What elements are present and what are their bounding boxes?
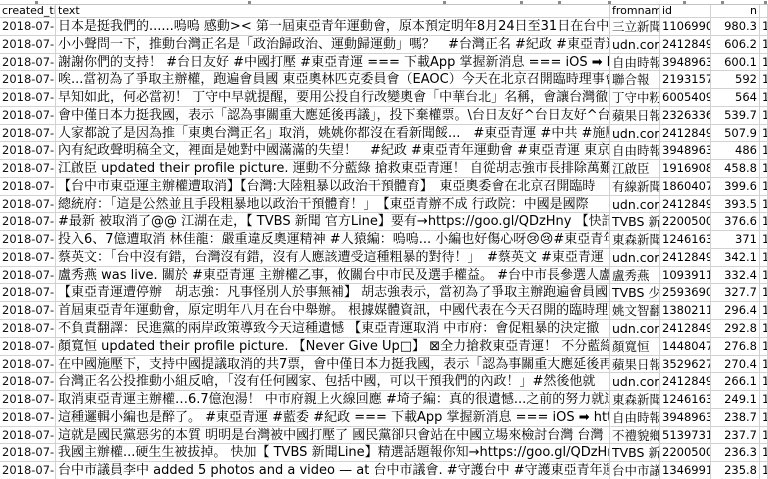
cell-id[interactable]: 124616330 (660, 231, 711, 248)
cell-extra[interactable]: 1 (760, 36, 768, 53)
cell-n[interactable]: 238.7 (711, 409, 760, 426)
cell-n[interactable]: 292.8 (711, 320, 760, 337)
cell-extra[interactable]: 1 (760, 409, 768, 426)
cell-created_time[interactable]: 2018-07-2 (0, 373, 56, 390)
cell-id[interactable]: 394896373 (660, 54, 711, 71)
column-header-extra[interactable] (760, 5, 768, 17)
cell-fromname[interactable]: 蘋果日報 (610, 107, 660, 124)
cell-text[interactable]: 早知如此，何必當初！ 丁守中早就提醒，要用公投自行改變奧會「中華台北」名稱，會讓… (56, 89, 610, 106)
cell-created_time[interactable]: 2018-07-2 (0, 409, 56, 426)
cell-text[interactable]: 小小聲問一下，推動台灣正名是「政治歸政治、運動歸運動」嗎？ #台灣正名 #紀政 … (56, 36, 610, 53)
cell-fromname[interactable]: TVBS 少 (610, 284, 660, 301)
table-row: 2018-07-2在中國施壓下，支持中國提議取消的共7票，會中僅日本力挺我國，表… (0, 356, 768, 374)
table-row: 2018-07-2內有紀政聲明稿全文，裡面是她對中國滿滿的失望！ #紀政 #東亞… (0, 142, 768, 160)
cell-n[interactable]: 327.7 (711, 284, 760, 301)
cell-fromname[interactable]: 丁守中粉 (610, 89, 660, 106)
cell-id[interactable]: 232633627 (660, 107, 711, 124)
cell-created_time[interactable]: 2018-07-2 (0, 18, 56, 35)
cell-fromname[interactable]: 東森新聞 (610, 231, 660, 248)
table-row: 2018-07-2我國主辦權...硬生生被拔掉。 快加【 TVBS 新聞Line… (0, 444, 768, 462)
cell-text[interactable]: 盧秀燕 was live. 關於 #東亞青運 主辦權乙事，攸關台中市民及選手權益… (56, 267, 610, 284)
cell-fromname[interactable]: udn.com 聯 (610, 196, 660, 213)
cell-fromname[interactable]: 顏寬恒 (610, 338, 660, 355)
table-row: 2018-07-2謝謝你們的支持！ #台日友好 #中國打壓 #東亞青運 === … (0, 54, 768, 72)
table-row: 2018-07-2這就是國民黨惡劣的本質 明明是台灣被中國打壓了 國民黨卻只會站… (0, 427, 768, 445)
cell-created_time[interactable]: 2018-07-2 (0, 302, 56, 319)
cell-id[interactable]: 259369087 (660, 284, 711, 301)
cell-extra[interactable]: 1 (760, 391, 768, 408)
table-row: 2018-07-2【東亞青運遭停辦 胡志強：凡事怪別人於事無補】 胡志強表示，當… (0, 284, 768, 302)
cell-extra[interactable]: 1 (760, 267, 768, 284)
cell-text[interactable]: 顏寬恒 updated their profile picture. 【Neve… (56, 338, 610, 355)
cell-fromname[interactable]: udn.com 聯 (610, 249, 660, 266)
cell-id[interactable]: 109391162 (660, 267, 711, 284)
cell-extra[interactable]: 1 (760, 160, 768, 177)
cell-text[interactable]: 總統府：「這是公然並且手段粗暴地以政治干預體育！」 【東亞青辦不成 行政院：中國… (56, 196, 610, 213)
cell-fromname[interactable]: udn.com 聯 (610, 320, 660, 337)
cell-n[interactable]: 237.7 (711, 427, 760, 444)
spreadsheet: created_tirtextfromnameidn 2018-07-2日本是挺… (0, 4, 768, 479)
cell-created_time[interactable]: 2018-07-2 (0, 71, 56, 88)
cell-n[interactable]: 539.7 (711, 107, 760, 124)
cell-id[interactable]: 394896373 (660, 409, 711, 426)
cell-n[interactable]: 276.8 (711, 338, 760, 355)
cell-fromname[interactable]: 自由時報 (610, 142, 660, 159)
cell-fromname[interactable]: TVBS 新 (610, 213, 660, 230)
cell-text[interactable]: 【東亞青運遭停辦 胡志強：凡事怪別人於事無補】 胡志強表示，當初為了爭取主辦跑遍… (56, 284, 610, 301)
cell-text[interactable]: 江啟臣 updated their profile picture. 運動不分藍… (56, 160, 610, 177)
cell-text[interactable]: 蔡英文：「台中沒有錯，台灣沒有錯，沒有人應該遭受這種粗暴的對待！」 #蔡英文 #… (56, 249, 610, 266)
cell-extra[interactable]: 1 (760, 427, 768, 444)
cell-n[interactable]: 296.4 (711, 302, 760, 319)
cell-fromname[interactable]: 姚文智翻 (610, 302, 660, 319)
cell-text[interactable]: 台中市議員李中 added 5 photos and a video — at … (56, 462, 610, 479)
cell-id[interactable]: 220050085 (660, 213, 711, 230)
table-row: 2018-07-2顏寬恒 updated their profile pictu… (0, 338, 768, 356)
cell-fromname[interactable]: 聯合報 (610, 71, 660, 88)
cell-created_time[interactable]: 2018-07-2 (0, 249, 56, 266)
cell-id[interactable]: 600540963 (660, 89, 711, 106)
cell-fromname[interactable]: TVBS 新 (610, 444, 660, 461)
table-row: 2018-07-2不負責翻譯：民進黨的兩岸政策導致今天這種遺憾 【東亞青運取消 … (0, 320, 768, 338)
cell-text[interactable]: 我國主辦權...硬生生被拔掉。 快加【 TVBS 新聞Line】精選話題報你知→… (56, 444, 610, 461)
cell-fromname[interactable]: udn.com 聯 (610, 373, 660, 390)
column-header-created_time[interactable]: created_tir (0, 5, 56, 17)
cell-created_time[interactable]: 2018-07-2 (0, 125, 56, 142)
table-row: 2018-07-2人家都說了是因為推「東奧台灣正名」取消，姚姚你都沒在看新聞餒.… (0, 125, 768, 143)
cell-id[interactable]: 394896373 (660, 142, 711, 159)
cell-created_time[interactable]: 2018-07-2 (0, 89, 56, 106)
cell-n[interactable]: 332.4 (711, 267, 760, 284)
cell-created_time[interactable]: 2018-07-2 (0, 196, 56, 213)
column-header-text[interactable]: text (56, 5, 610, 17)
cell-n[interactable]: 486 (711, 142, 760, 159)
table-row: 2018-07-2首屆東亞青年運動會，原定明年八月在台中舉辦。 根據媒體資訊，中… (0, 302, 768, 320)
cell-id[interactable]: 144804790 (660, 338, 711, 355)
table-row: 2018-07-2江啟臣 updated their profile pictu… (0, 160, 768, 178)
cell-extra[interactable]: 1 (760, 444, 768, 461)
cell-id[interactable]: 124616330 (660, 391, 711, 408)
cell-created_time[interactable]: 2018-07-2 (0, 462, 56, 479)
table-row: 2018-07-2會中僅日本力挺我國，表示「認為事關重大應延後再議」，投下棄權票… (0, 107, 768, 125)
cell-n[interactable]: 399.6 (711, 178, 760, 195)
cell-id[interactable]: 241284961 (660, 196, 711, 213)
cell-extra[interactable]: 1 (760, 178, 768, 195)
cell-text[interactable]: 內有紀政聲明稿全文，裡面是她對中國滿滿的失望！ #紀政 #東亞青年運動會 #東亞… (56, 142, 610, 159)
cell-extra[interactable]: 1 (760, 142, 768, 159)
cell-extra[interactable]: 1 (760, 373, 768, 390)
cell-n[interactable]: 270.4 (711, 356, 760, 373)
cell-id[interactable]: 241284961 (660, 320, 711, 337)
cell-n[interactable]: 458.8 (711, 160, 760, 177)
cell-fromname[interactable]: 盧秀燕 (610, 267, 660, 284)
cell-extra[interactable]: 1 (760, 338, 768, 355)
cell-created_time[interactable]: 2018-07-2 (0, 267, 56, 284)
cell-id[interactable]: 191690867 (660, 160, 711, 177)
table-row: 2018-07-2#最新 被取消了@@ 江湖在走，【 TVBS 新聞 官方Lin… (0, 213, 768, 231)
table-row: 2018-07-2早知如此，何必當初！ 丁守中早就提醒，要用公投自行改變奧會「中… (0, 89, 768, 107)
cell-n[interactable]: 980.3 (711, 18, 760, 35)
table-row: 2018-07-2日本是挺我們的......嗚嗚 感動>< 第一屆東亞青年運動會… (0, 18, 768, 36)
cell-fromname[interactable]: 蘋果日報 (610, 356, 660, 373)
cell-text[interactable]: 會中僅日本力挺我國，表示「認為事關重大應延後再議」，投下棄權票。\台日友好^台日… (56, 107, 610, 124)
cell-extra[interactable]: 1 (760, 18, 768, 35)
cell-text[interactable]: 投入6、7億遭取消 林佳龍：嚴重違反奧運精神 #人猿編：嗚嗚... 小編也好傷心… (56, 231, 610, 248)
cell-id[interactable]: 513973141 (660, 427, 711, 444)
column-header-n[interactable]: n (711, 5, 760, 17)
table-row: 2018-07-2這種邏輯小編也是醉了。 #東亞青運 #藍委 #紀政 === 下… (0, 409, 768, 427)
cell-created_time[interactable]: 2018-07-2 (0, 284, 56, 301)
cell-n[interactable]: 592 (711, 71, 760, 88)
cell-n[interactable]: 507.9 (711, 125, 760, 142)
cell-created_time[interactable]: 2018-07-2 (0, 54, 56, 71)
cell-created_time[interactable]: 2018-07-2 (0, 213, 56, 230)
table-row: 2018-07-2總統府：「這是公然並且手段粗暴地以政治干預體育！」 【東亞青辦… (0, 196, 768, 214)
cell-fromname[interactable]: 不禮貌鄉 (610, 427, 660, 444)
cell-n[interactable]: 564 (711, 89, 760, 106)
cell-created_time[interactable]: 2018-07-2 (0, 338, 56, 355)
cell-text[interactable]: 首屆東亞青年運動會，原定明年八月在台中舉辦。 根據媒體資訊，中國代表在今天召開的… (56, 302, 610, 319)
cell-fromname[interactable]: 台中市議 (610, 462, 660, 479)
cell-id[interactable]: 220050085 (660, 444, 711, 461)
table-row: 2018-07-2取消東亞青運主辦權…6.7億泡湯！ 中市府親上火線回應 #埼子… (0, 391, 768, 409)
cell-created_time[interactable]: 2018-07-2 (0, 356, 56, 373)
cell-extra[interactable]: 1 (760, 54, 768, 71)
cell-created_time[interactable]: 2018-07-2 (0, 427, 56, 444)
cell-text[interactable]: 【台中市東亞運主辦權遭取消】【台灣:大陸粗暴以政治干預體育】 東亞奧委會在北京召… (56, 178, 610, 195)
header-row: created_tirtextfromnameidn (0, 5, 768, 18)
cell-created_time[interactable]: 2018-07-2 (0, 444, 56, 461)
cell-extra[interactable]: 1 (760, 125, 768, 142)
cell-text[interactable]: 取消東亞青運主辦權…6.7億泡湯！ 中市府親上火線回應 #埼子編：真的很遺憾..… (56, 391, 610, 408)
cell-created_time[interactable]: 2018-07-2 (0, 160, 56, 177)
cell-created_time[interactable]: 2018-07-2 (0, 36, 56, 53)
cell-text[interactable]: 人家都說了是因為推「東奧台灣正名」取消，姚姚你都沒在看新聞餒... #東亞青運 … (56, 125, 610, 142)
cell-id[interactable]: 352962731 (660, 356, 711, 373)
cell-extra[interactable]: 1 (760, 89, 768, 106)
cell-n[interactable]: 600.1 (711, 54, 760, 71)
cell-extra[interactable]: 1 (760, 231, 768, 248)
table-row: 2018-07-2小小聲問一下，推動台灣正名是「政治歸政治、運動歸運動」嗎？ #… (0, 36, 768, 54)
cell-text[interactable]: 唉...當初為了爭取主辦權，跑遍會員國 東亞奧林匹克委員會（EAOC）今天在北京… (56, 71, 610, 88)
cell-n[interactable]: 606.2 (711, 36, 760, 53)
cell-text[interactable]: 這就是國民黨惡劣的本質 明明是台灣被中國打壓了 國民黨卻只會站在中國立場來檢討台… (56, 427, 610, 444)
cell-extra[interactable]: 1 (760, 302, 768, 319)
table-row: 2018-07-2台灣正名公投推動小組反嗆，「沒有任何國家、包括中國，可以干預我… (0, 373, 768, 391)
cell-created_time[interactable]: 2018-07-2 (0, 107, 56, 124)
cell-created_time[interactable]: 2018-07-2 (0, 178, 56, 195)
cell-n[interactable]: 342.1 (711, 249, 760, 266)
cell-created_time[interactable]: 2018-07-2 (0, 320, 56, 337)
cell-id[interactable]: 241284961 (660, 373, 711, 390)
cell-created_time[interactable]: 2018-07-2 (0, 391, 56, 408)
cell-id[interactable]: 186040714 (660, 178, 711, 195)
cell-fromname[interactable]: 三立新聞 (610, 18, 660, 35)
cell-text[interactable]: 在中國施壓下，支持中國提議取消的共7票，會中僅日本力挺我國，表示「認為事關重大應… (56, 356, 610, 373)
cell-n[interactable]: 376.6 (711, 213, 760, 230)
table-row: 2018-07-2投入6、7億遭取消 林佳龍：嚴重違反奧運精神 #人猿編：嗚嗚.… (0, 231, 768, 249)
cell-n[interactable]: 249.1 (711, 391, 760, 408)
table-row: 2018-07-2【台中市東亞運主辦權遭取消】【台灣:大陸粗暴以政治干預體育】 … (0, 178, 768, 196)
cell-text[interactable]: 謝謝你們的支持！ #台日友好 #中國打壓 #東亞青運 === 下載App 掌握新… (56, 54, 610, 71)
cell-id[interactable]: 241284961 (660, 125, 711, 142)
table-row: 2018-07-2唉...當初為了爭取主辦權，跑遍會員國 東亞奧林匹克委員會（E… (0, 71, 768, 89)
cell-extra[interactable]: 1 (760, 284, 768, 301)
cell-n[interactable]: 235.8 (711, 462, 760, 479)
cell-n[interactable]: 236.3 (711, 444, 760, 461)
cell-text[interactable]: 日本是挺我們的......嗚嗚 感動>< 第一屆東亞青年運動會，原本預定明年8月… (56, 18, 610, 35)
cell-extra[interactable]: 1 (760, 249, 768, 266)
cell-text[interactable]: 台灣正名公投推動小組反嗆，「沒有任何國家、包括中國，可以干預我們的內政！」#然後… (56, 373, 610, 390)
cell-extra[interactable]: 1 (760, 196, 768, 213)
cell-fromname[interactable]: udn.com 聯 (610, 125, 660, 142)
cell-text[interactable]: 不負責翻譯：民進黨的兩岸政策導致今天這種遺憾 【東亞青運取消 中市府：會促粗暴的… (56, 320, 610, 337)
cell-fromname[interactable]: 江啟臣 (610, 160, 660, 177)
cell-extra[interactable]: 1 (760, 462, 768, 479)
cell-id[interactable]: 110699089 (660, 18, 711, 35)
cell-n[interactable]: 371 (711, 231, 760, 248)
cell-fromname[interactable]: 東森新聞 (610, 391, 660, 408)
cell-extra[interactable]: 1 (760, 213, 768, 230)
table-row: 2018-07-2盧秀燕 was live. 關於 #東亞青運 主辦權乙事，攸關… (0, 267, 768, 285)
cell-n[interactable]: 266.1 (711, 373, 760, 390)
rows-container: 2018-07-2日本是挺我們的......嗚嗚 感動>< 第一屆東亞青年運動會… (0, 18, 768, 479)
cell-id[interactable]: 138021166 (660, 302, 711, 319)
table-row: 2018-07-2台中市議員李中 added 5 photos and a vi… (0, 462, 768, 479)
cell-created_time[interactable]: 2018-07-2 (0, 231, 56, 248)
cell-id[interactable]: 241284961 (660, 36, 711, 53)
cell-created_time[interactable]: 2018-07-2 (0, 142, 56, 159)
cell-fromname[interactable]: 自由時報 (610, 54, 660, 71)
cell-extra[interactable]: 1 (760, 356, 768, 373)
cell-n[interactable]: 393.5 (711, 196, 760, 213)
cell-text[interactable]: #最新 被取消了@@ 江湖在走，【 TVBS 新聞 官方Line】要有→http… (56, 213, 610, 230)
column-header-fromname[interactable]: fromname (610, 5, 660, 17)
cell-id[interactable]: 241284961 (660, 249, 711, 266)
cell-extra[interactable]: 1 (760, 71, 768, 88)
column-header-id[interactable]: id (660, 5, 711, 17)
table-row: 2018-07-2蔡英文：「台中沒有錯，台灣沒有錯，沒有人應該遭受這種粗暴的對待… (0, 249, 768, 267)
cell-fromname[interactable]: udn.com 聯 (610, 36, 660, 53)
cell-fromname[interactable]: 有線新聞 (610, 178, 660, 195)
cell-extra[interactable]: 1 (760, 107, 768, 124)
cell-extra[interactable]: 1 (760, 320, 768, 337)
cell-fromname[interactable]: 自由時報 (610, 409, 660, 426)
cell-id[interactable]: 219315794 (660, 71, 711, 88)
cell-text[interactable]: 這種邏輯小編也是醉了。 #東亞青運 #藍委 #紀政 === 下載App 掌握新消… (56, 409, 610, 426)
cell-id[interactable]: 134699156 (660, 462, 711, 479)
